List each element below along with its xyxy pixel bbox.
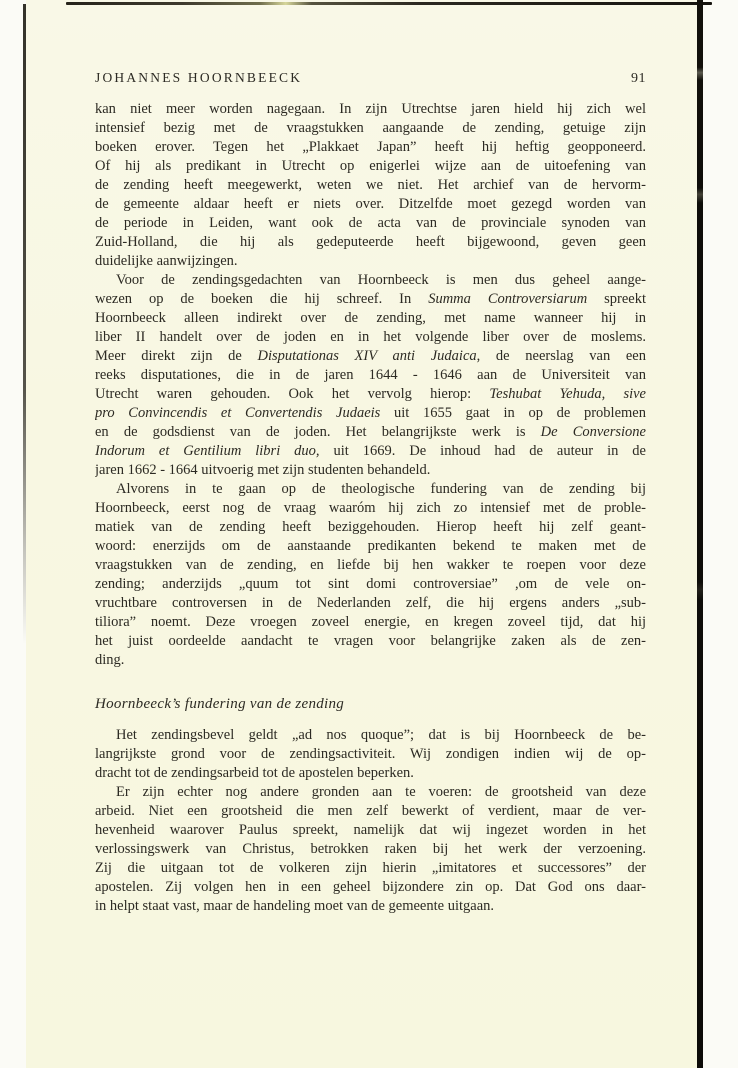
text-line: wezen op de boeken die hij schreef. In S… bbox=[95, 290, 646, 309]
text-line: Hoornbeeck alleen indirekt over de zendi… bbox=[95, 309, 646, 328]
scan-edge-left-line bbox=[23, 4, 26, 644]
text-line: Indorum et Gentilium libri duo, uit 1669… bbox=[95, 442, 646, 461]
text-line: de zending heeft meegewerkt, weten we ni… bbox=[95, 176, 646, 195]
text-line: intensief bezig met de vraagstukken aang… bbox=[95, 119, 646, 138]
text-line: tiliora” noemt. Deze vroegen zoveel ener… bbox=[95, 613, 646, 632]
text-line: arbeid. Niet een grootsheid die men zelf… bbox=[95, 802, 646, 821]
text-line: het juist oordeelde aandacht te vragen v… bbox=[95, 632, 646, 651]
text-line: en de godsdienst van de joden. Het belan… bbox=[95, 423, 646, 442]
text-line: in helpt staat vast, maar de handeling m… bbox=[95, 897, 646, 916]
text-line: zending; anderzijds „quum tot sint domi … bbox=[95, 575, 646, 594]
page-body: kan niet meer worden nagegaan. In zijn U… bbox=[95, 100, 646, 916]
text-line: de periode in Leiden, want ook de acta v… bbox=[95, 214, 646, 233]
scan-edge-top-line bbox=[66, 2, 712, 5]
page-header: JOHANNES HOORNBEECK 91 bbox=[95, 70, 646, 87]
paragraph: kan niet meer worden nagegaan. In zijn U… bbox=[95, 100, 646, 271]
text-line: Utrecht waren gehouden. Ook het vervolg … bbox=[95, 385, 646, 404]
text-line: kan niet meer worden nagegaan. In zijn U… bbox=[95, 100, 646, 119]
text-line: vruchtbare controversen in de Nederlande… bbox=[95, 594, 646, 613]
text-line: Zij die uitgaan tot de volkeren zijn hie… bbox=[95, 859, 646, 878]
section-heading: Hoornbeeck’s fundering van de zending bbox=[95, 695, 646, 714]
text-line: Of hij als predikant in Utrecht op enige… bbox=[95, 157, 646, 176]
book-page: JOHANNES HOORNBEECK 91 kan niet meer wor… bbox=[26, 0, 700, 1068]
text-line: duidelijke aanwijzingen. bbox=[95, 252, 646, 271]
paragraph: Alvorens in te gaan op de theologische f… bbox=[95, 480, 646, 670]
text-line: Hoornbeeck, eerst nog de vraag waaróm hi… bbox=[95, 499, 646, 518]
text-line: ding. bbox=[95, 651, 646, 670]
text-line: hevenheid waarover Paulus spreekt, namel… bbox=[95, 821, 646, 840]
text-line: apostelen. Zij volgen hen in een geheel … bbox=[95, 878, 646, 897]
text-line: Er zijn echter nog andere gronden aan te… bbox=[95, 783, 646, 802]
text-line: de gemeente aldaar heeft er niets over. … bbox=[95, 195, 646, 214]
text-line: matiek van de zending heeft beziggehoude… bbox=[95, 518, 646, 537]
text-line: Zuid-Holland, die hij als gedeputeerde h… bbox=[95, 233, 646, 252]
text-line: dracht tot de zendingsarbeid tot de apos… bbox=[95, 764, 646, 783]
text-line: pro Convincendis et Convertendis Judaeis… bbox=[95, 404, 646, 423]
scan-edge-right-line bbox=[697, 0, 703, 1068]
text-line: boeken erover. Tegen het „Plakkaet Japan… bbox=[95, 138, 646, 157]
page-number: 91 bbox=[631, 71, 646, 87]
text-line: jaren 1662 - 1664 uitvoerig met zijn stu… bbox=[95, 461, 646, 480]
text-line: verlossingswerk van Christus, betrokken … bbox=[95, 840, 646, 859]
text-line: woord: enerzijds om de aanstaande predik… bbox=[95, 537, 646, 556]
paragraph: Het zendingsbevel geldt „ad nos quoque”;… bbox=[95, 726, 646, 783]
text-line: Voor de zendingsgedachten van Hoornbeeck… bbox=[95, 271, 646, 290]
paragraph: Er zijn echter nog andere gronden aan te… bbox=[95, 783, 646, 916]
text-line: liber II handelt over de joden en in het… bbox=[95, 328, 646, 347]
text-line: Alvorens in te gaan op de theologische f… bbox=[95, 480, 646, 499]
text-line: vraagstukken van de zending, en liefde b… bbox=[95, 556, 646, 575]
paragraph: Voor de zendingsgedachten van Hoornbeeck… bbox=[95, 271, 646, 480]
running-head-title: JOHANNES HOORNBEECK bbox=[95, 70, 302, 86]
text-line: langrijkste grond voor de zendingsactivi… bbox=[95, 745, 646, 764]
text-line: Meer direkt zijn de Disputationas XIV an… bbox=[95, 347, 646, 366]
text-line: Het zendingsbevel geldt „ad nos quoque”;… bbox=[95, 726, 646, 745]
text-line: reeks disputationes, die in de jaren 164… bbox=[95, 366, 646, 385]
